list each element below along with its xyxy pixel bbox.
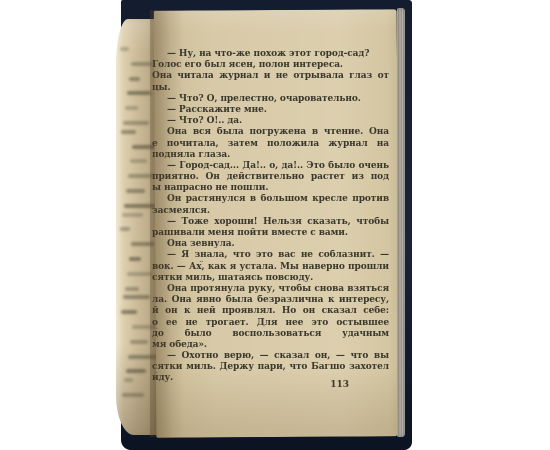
blurred-text-smudge [124, 378, 133, 382]
blurred-text-smudge [126, 189, 145, 193]
text-line: — Я знала, что это вас не соблазнит. — В… [152, 250, 389, 261]
blurred-text-smudge [121, 130, 136, 134]
blurred-text-smudge [123, 121, 149, 125]
blurred-text-smudge [120, 227, 130, 231]
blurred-text-smudge [129, 77, 140, 81]
text-line: засмеялся. [152, 206, 389, 217]
text-line: Голос его был ясен, полон интереса. [152, 60, 389, 71]
blurred-text-smudge [122, 393, 144, 397]
text-line: вок. — Ах, как я устала. Мы наверно прош… [152, 262, 389, 273]
blurred-text-smudge [123, 295, 150, 299]
blurred-text-smudge [130, 159, 147, 163]
text-line: Она протянула руку, чтобы снова взяться … [152, 284, 389, 295]
page-number: 113 [152, 380, 389, 390]
blurred-text-smudge [127, 91, 151, 95]
photo-of-open-book: — Ну, на что-же похож этот город-сад?Гол… [0, 0, 550, 450]
blurred-text-smudge [131, 242, 154, 246]
text-line: — Что? О, прелестно, очаровательно. [152, 94, 389, 105]
text-line: сятки миль. Держу пари, что Багшо захоте… [152, 362, 389, 373]
text-line: подняла глаза. [152, 150, 389, 161]
text-line: й он к ней проявлял. Но он сказал себе: … [152, 306, 389, 317]
text-line: — Расскажите мне. [152, 105, 389, 116]
text-line: ла. Она явно была безразлична к интересу… [152, 295, 389, 306]
text-line: приятно. Он действительно растет из под … [152, 172, 389, 183]
text-line: Она читала журнал и не отрывала глаз от … [152, 71, 389, 82]
blurred-text-smudge [122, 213, 143, 217]
text-line: ы напрасно не пошли. [152, 183, 389, 194]
blurred-text-smudge [129, 257, 141, 261]
text-line: Он растянулся в большом кресле против не… [152, 194, 389, 205]
text-line: цы. [152, 83, 389, 94]
page-fore-edge [397, 8, 405, 437]
text-line: Она вся была погружена в чтение. Она нем… [152, 127, 389, 138]
text-line: — Что? О!.. да. [152, 116, 389, 127]
text-line: сятки миль, шатаясь повсюду. [152, 273, 389, 284]
text-line: до было воспользоваться удачным моментом… [152, 329, 389, 340]
text-line: мя обеда». [152, 340, 389, 351]
text-line: — Охотно верю, — сказал он, — что вы про… [152, 351, 389, 362]
blurred-text-smudge [130, 340, 148, 344]
text-line: — Тоже хороши! Нельзя сказать, чтобы вы … [152, 217, 389, 228]
blurred-text-smudge [131, 62, 153, 66]
blurred-text-smudge [120, 47, 129, 51]
text-line: е почитала, затем положила журнал на кол… [152, 139, 389, 150]
text-line: — Город-сад... Да!.. о, да!.. Это было о… [152, 161, 389, 172]
blurred-text-smudge [126, 369, 146, 373]
blurred-text-smudge [125, 287, 139, 291]
text-line: о ее не трогает. Для нее это остывшее бл… [152, 318, 389, 329]
blurred-text-smudge [125, 106, 138, 110]
blurred-text-smudge [121, 310, 137, 314]
text-line: Она зевнула. [152, 239, 389, 250]
text-line: — Ну, на что-же похож этот город-сад? [152, 49, 389, 60]
page-text: — Ну, на что-же похож этот город-сад?Гол… [152, 49, 389, 385]
blurred-text-smudge [127, 272, 152, 276]
text-line: рашивали меня пойти вместе с вами. [152, 228, 389, 239]
